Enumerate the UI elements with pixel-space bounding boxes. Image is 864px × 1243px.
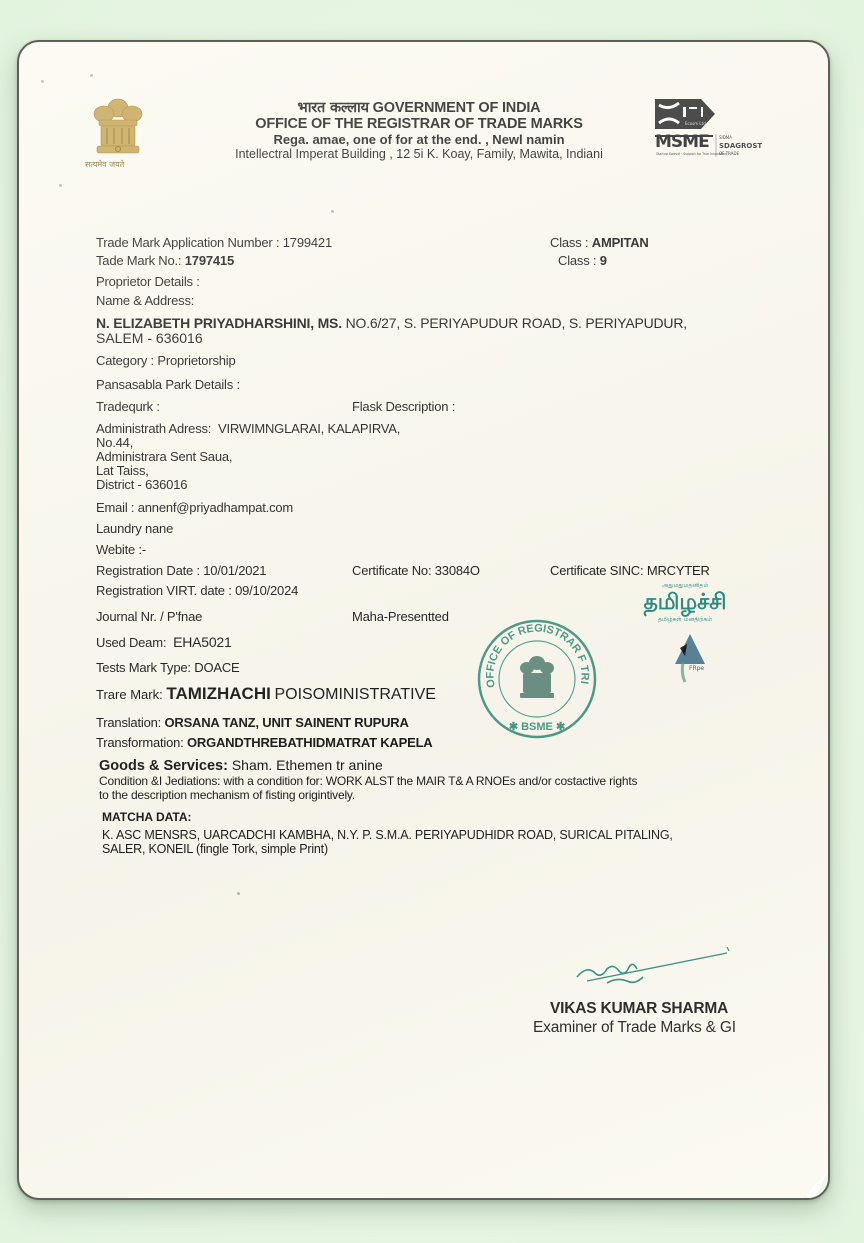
trade-mark-number-value: 1797415 — [185, 253, 234, 268]
admin-address-line: District - 636016 — [96, 478, 232, 492]
tamil-logo-top-text: அதுமதுமதனிதம் — [635, 582, 735, 590]
goods-services-label: Goods & Services: — [99, 758, 228, 774]
svg-text:SIDMA: SIDMA — [719, 135, 732, 140]
speck — [331, 210, 334, 213]
trade-mark-name: Trare Mark: TAMIZHACHI POISOMINISTRATIVE — [96, 685, 436, 704]
class-label: Class : — [558, 253, 596, 268]
admin-address-lines: No.44, Administrara Sent Saua, Lat Taiss… — [96, 436, 232, 492]
conditions: Condition &I Jediations: with a conditio… — [99, 774, 637, 802]
translation-label: Translation: — [96, 715, 161, 730]
header-subtitle: Rega. amae, one of for at the end. , New… — [159, 132, 679, 147]
trade-mark-primary: TAMIZHACHI — [166, 684, 271, 703]
svg-text:Ecosm Ltd: Ecosm Ltd — [685, 121, 706, 126]
svg-text:OF TRADE: OF TRADE — [719, 151, 740, 156]
header-address: Intellectral Imperat Building , 12 5i K.… — [159, 147, 679, 162]
svg-text:FRpe: FRpe — [689, 665, 704, 672]
goods-services: Goods & Services: Sham. Ethemen tr anine — [99, 757, 383, 774]
email: Email : annenf@priyadhampat.com — [96, 500, 293, 515]
proprietor-address-line2: SALEM - 636016 — [96, 331, 203, 346]
transformation-label: Transformation: — [96, 735, 184, 750]
tests-mark-type: Tests Mark Type: DOACE — [96, 660, 239, 675]
header-title-line1: भारत कल्लाय GOVERNMENT OF INDIA — [159, 100, 679, 116]
trade-mark-label: Trare Mark: — [96, 687, 163, 702]
website: Webite :- — [96, 542, 146, 557]
speck — [237, 892, 240, 895]
admin-address-line: No.44, — [96, 436, 232, 450]
application-number-label: Trade Mark Application Number : — [96, 235, 279, 250]
tamil-logo-main-text: தமிழச்சி — [635, 590, 735, 616]
transformation-value: ORGANDTHREBATHIDMATRAT KAPELA — [187, 735, 433, 750]
matcha-line: SALER, KONEIL (fingle Tork, simple Print… — [102, 842, 673, 856]
condition-line: Condition &I Jediations: with a conditio… — [99, 774, 637, 788]
signature-icon — [567, 947, 737, 997]
admin-address: Administrath Adress: VIRWIMNGLARAI, KALA… — [96, 421, 400, 436]
trade-mark-number-label: Tade Mark No.: — [96, 253, 181, 268]
goods-services-value: Sham. Ethemen tr anine — [232, 757, 383, 773]
matcha-data-heading: MATCHA DATA: — [102, 810, 192, 824]
tamizhachi-logo: அதுமதுமதனிதம் தமிழச்சி தமிழ்கள் மனதிற்கம… — [635, 582, 735, 702]
tradequrk: Tradequrk : — [96, 399, 160, 414]
admin-address-label: Administrath Adress: — [96, 421, 211, 436]
registrar-seal-stamp-icon: OFFICE OF REGISTRAR F TRIADE BIAL ✱ BSME… — [475, 617, 600, 742]
certificate-sinc: Certificate SINC: MRCYTER — [550, 563, 710, 578]
category: Category : Proprietorship — [96, 353, 236, 368]
letterhead: भारत कल्लाय GOVERNMENT OF INDIA OFFICE O… — [159, 100, 679, 162]
used-deam-value: EHA5021 — [173, 634, 232, 650]
proprietor-address: NO.6/27, S. PERIYAPUDUR ROAD, S. PERIYAP… — [346, 315, 687, 331]
examiner-title: Examiner of Trade Marks & GI — [533, 1019, 736, 1037]
header-office: OFFICE OF THE REGISTRAR OF TRADE MARKS — [159, 116, 679, 132]
matcha-data: K. ASC MENSRS, UARCADCHI KAMBHA, N.Y. P.… — [102, 828, 673, 856]
emblem-caption: सत्यमेव जयते — [85, 159, 124, 170]
transformation: Transformation: ORGANDTHREBATHIDMATRAT K… — [96, 735, 433, 750]
speck — [90, 74, 93, 77]
proprietor-name-address: N. ELIZABETH PRIYADHARSHINI, MS. NO.6/27… — [96, 316, 687, 331]
flask-description: Flask Description : — [352, 399, 455, 414]
certificate-number: Certificate No: 33084O — [352, 563, 480, 578]
laundry-name: Laundry nane — [96, 521, 173, 536]
matcha-line: K. ASC MENSRS, UARCADCHI KAMBHA, N.Y. P.… — [102, 828, 673, 842]
trade-mark-number: Tade Mark No.: 1797415 — [96, 253, 234, 268]
svg-text:✱ BSME ✱: ✱ BSME ✱ — [509, 721, 565, 733]
class-value: 9 — [600, 253, 607, 268]
proprietor-details-heading: Proprietor Details : — [96, 274, 200, 289]
admin-address-line: Administrara Sent Saua, — [96, 450, 232, 464]
certificate-document: सत्यमेव जयते भारत कल्लाय GOVERNMENT OF I… — [17, 40, 830, 1200]
proprietor-name: N. ELIZABETH PRIYADHARSHINI, MS. — [96, 315, 342, 331]
application-number: Trade Mark Application Number : 1799421 — [96, 235, 332, 250]
translation-value: ORSANA TANZ, UNIT SAINENT RUPURA — [164, 715, 408, 730]
speck — [41, 80, 44, 83]
trade-mark-secondary: POISOMINISTRATIVE — [274, 686, 436, 703]
admin-address-value: VIRWIMNGLARAI, KALAPIRVA, — [218, 421, 400, 436]
translation: Translation: ORSANA TANZ, UNIT SAINENT R… — [96, 715, 409, 730]
maha-presented: Maha-Presentted — [352, 609, 449, 624]
header-government: GOVERNMENT OF INDIA — [373, 100, 541, 116]
name-address-label: Name & Address: — [96, 293, 194, 308]
svg-text:SDAGROST: SDAGROST — [719, 142, 762, 150]
registration-virt-date: Registration VIRT. date : 09/10/2024 — [96, 583, 298, 598]
admin-address-line: Lat Taiss, — [96, 464, 232, 478]
examiner-name: VIKAS KUMAR SHARMA — [550, 1000, 728, 1018]
journal-number: Journal Nr. / P'fnae — [96, 609, 202, 624]
condition-line: to the description mechanism of fisting … — [99, 788, 637, 802]
tamil-logo-emblem-icon: FRpe — [635, 624, 735, 684]
registration-date: Registration Date : 10/01/2021 — [96, 563, 266, 578]
page-curl-icon — [792, 1162, 830, 1200]
tests-mark-label: Tests Mark Type: — [96, 660, 191, 675]
class-secondary: Class : 9 — [558, 253, 607, 268]
used-deam-label: Used Deam: — [96, 635, 166, 650]
used-deam: Used Deam: EHA5021 — [96, 635, 232, 650]
tests-mark-value: DOACE — [194, 660, 239, 675]
class-label: Class : — [550, 235, 588, 250]
speck — [59, 184, 62, 187]
application-number-value: 1799421 — [283, 235, 332, 250]
class-primary: Class : AMPITAN — [550, 235, 649, 250]
msme-logo-icon: Ecosm Ltd MSME Startup Swevel · Support … — [653, 97, 763, 162]
class-value: AMPITAN — [592, 235, 649, 250]
tamil-logo-sub-text: தமிழ்கள் மனதிற்கம் — [635, 616, 735, 624]
park-details: Pansasabla Park Details : — [96, 377, 240, 392]
header-hindi: भारत कल्लाय — [298, 100, 369, 116]
